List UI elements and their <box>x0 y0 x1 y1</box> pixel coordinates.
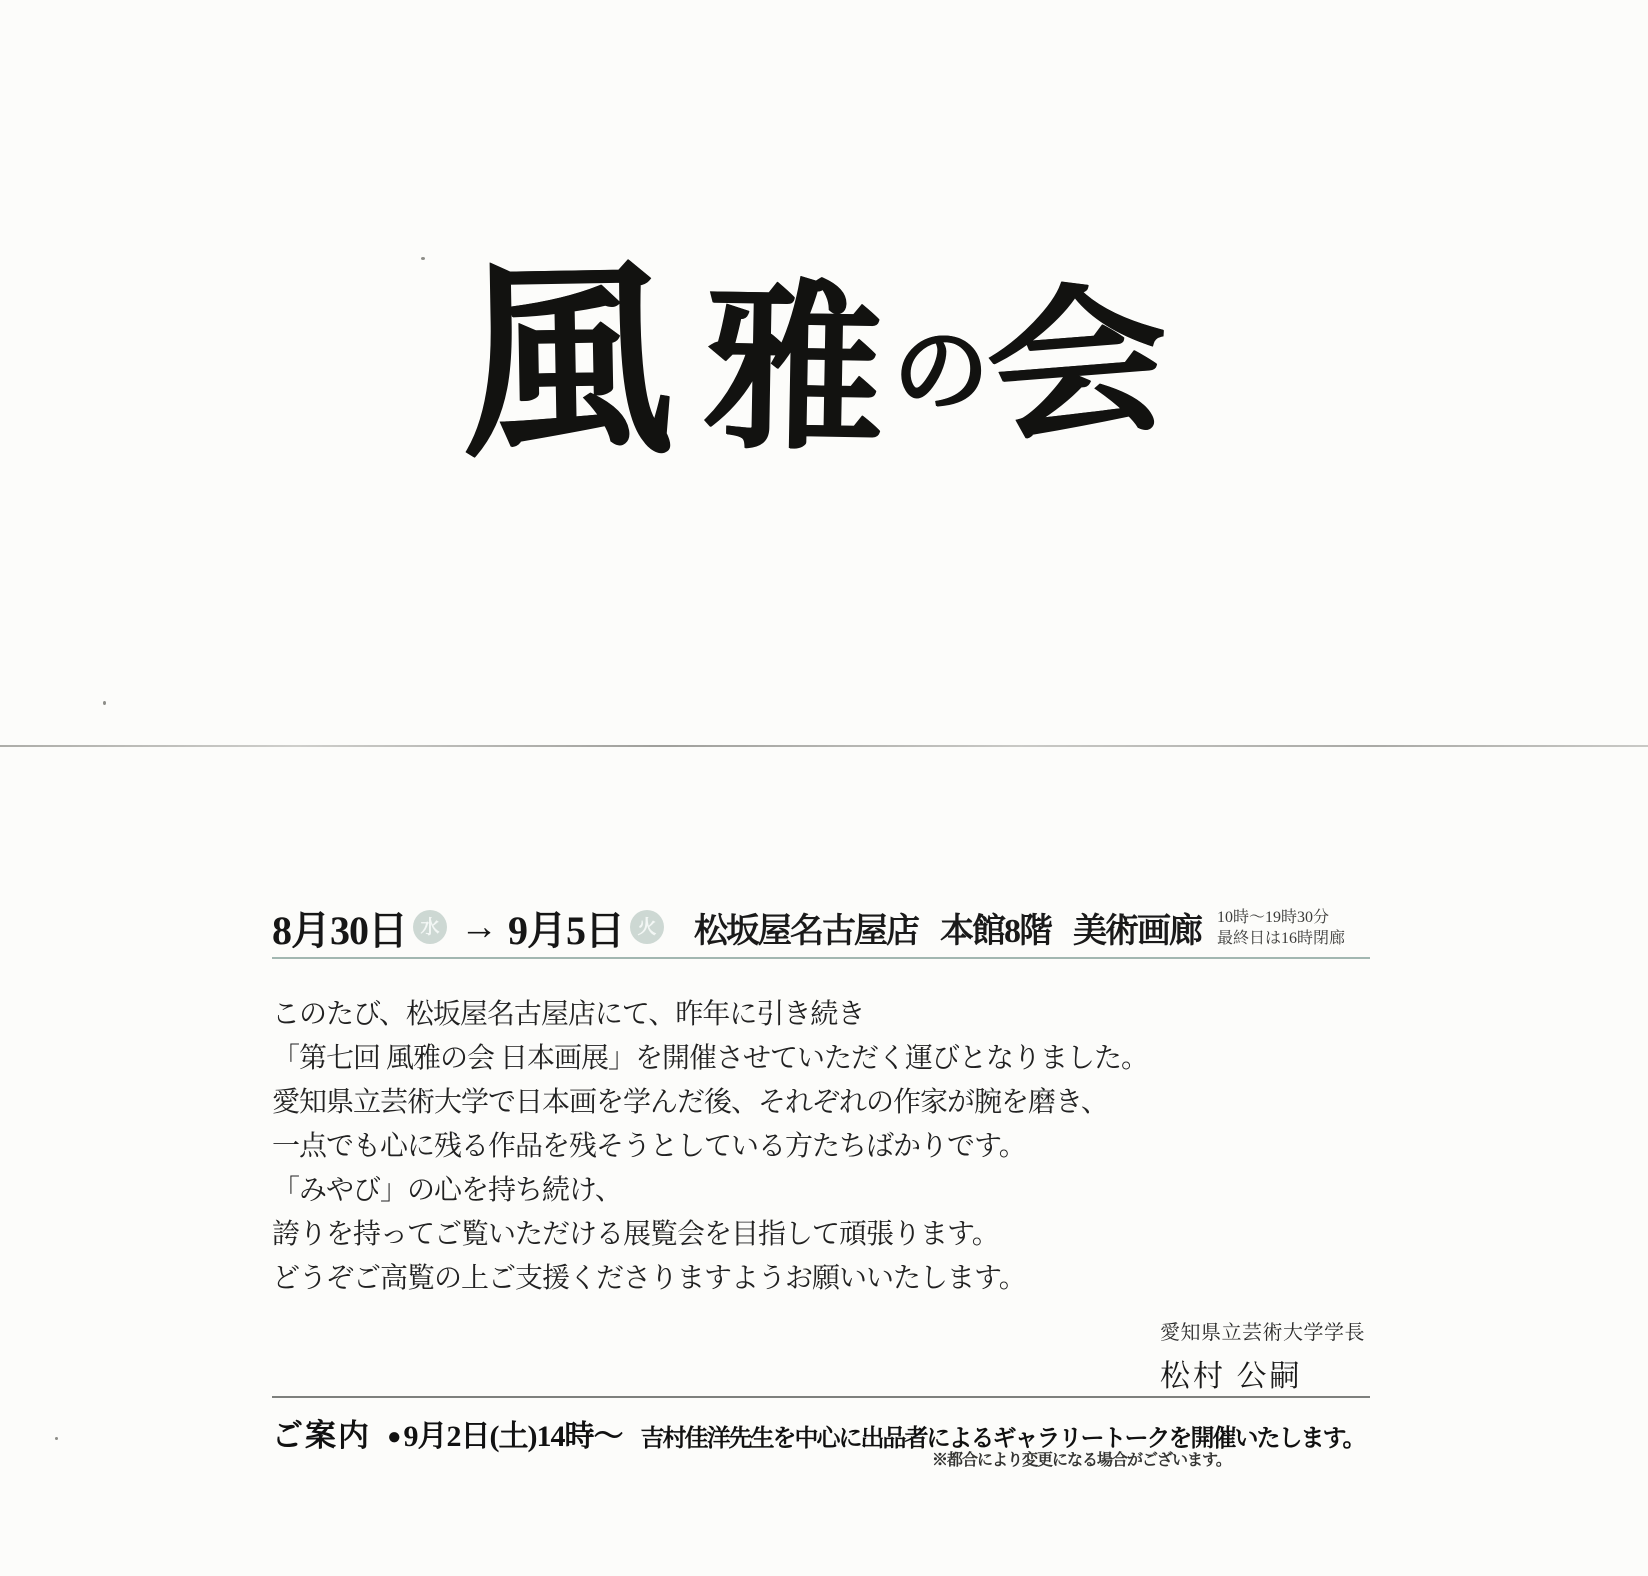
greeting-line: どうぞご高覧の上ご支援くださりますようお願いいたします。 <box>272 1257 1148 1301</box>
venue-store: 松坂屋名古屋店 <box>694 903 918 952</box>
title-calligraphy: 風 雅 の 会 <box>0 0 1648 520</box>
opening-hours: 10時～19時30分 最終日は16時閉廊 <box>1217 905 1345 949</box>
opening-hours-line1: 10時～19時30分 <box>1217 907 1345 928</box>
venue-gallery: 美術画廊 <box>1073 903 1201 952</box>
venue-floor: 本館8階 <box>940 903 1051 952</box>
weekday-badge-tuesday: 火 <box>630 910 664 944</box>
notice-disclaimer: ※都合により変更になる場合がございます。 <box>932 1447 1231 1470</box>
notice-top-rule <box>272 1396 1370 1398</box>
scan-speck <box>421 257 425 260</box>
scan-speck <box>55 1437 58 1440</box>
date-underline-rule <box>272 957 1370 959</box>
weekday-badge-wednesday: 水 <box>413 910 447 944</box>
signer-title: 愛知県立芸術大学学長 <box>1160 1316 1365 1345</box>
notice-label: ご案内 <box>272 1410 371 1455</box>
signature-block: 愛知県立芸術大学学長 松村 公嗣 <box>1160 1316 1365 1395</box>
greeting-line: 愛知県立芸術大学で日本画を学んだ後、それぞれの作家が腕を磨き、 <box>272 1081 1148 1125</box>
greeting-line: 「みやび」の心を持ち続け、 <box>272 1169 1148 1213</box>
card-fold-line <box>0 745 1648 747</box>
title-char-no: の <box>893 324 989 420</box>
scan-speck <box>103 701 106 705</box>
greeting-line: 「第七回 風雅の会 日本画展」を開催させていただく運びとなりました。 <box>272 1037 1148 1081</box>
greeting-line: 一点でも心に残る作品を残そうとしている方たちばかりです。 <box>272 1125 1148 1169</box>
signer-name: 松村 公嗣 <box>1160 1351 1365 1395</box>
event-date-venue-row: 8月30日 水 → 9月5日 火 松坂屋名古屋店 本館8階 美術画廊 10時～1… <box>272 898 1345 956</box>
greeting-line: 誇りを持ってご覧いただける展覧会を目指して頑張ります。 <box>272 1213 1148 1257</box>
start-date: 8月30日 <box>272 899 407 956</box>
title-char-fu: 風 <box>460 258 674 472</box>
weekday-badge-label: 水 <box>420 918 439 937</box>
arrow-right-icon: → <box>460 905 498 949</box>
notice-schedule: ●9月2日(土)14時～ <box>387 1411 622 1455</box>
title-char-ga: 雅 <box>702 279 885 462</box>
scanned-exhibition-invitation: 風 雅 の 会 8月30日 水 → 9月5日 火 松坂屋名古屋店 本館8階 美術… <box>0 0 1648 1576</box>
greeting-text: このたび、松坂屋名古屋店にて、昨年に引き続き 「第七回 風雅の会 日本画展」を開… <box>272 993 1148 1301</box>
end-date: 9月5日 <box>508 899 624 956</box>
bullet-icon: ● <box>387 1424 401 1450</box>
weekday-badge-label: 火 <box>637 918 656 937</box>
notice-schedule-text: 9月2日(土)14時～ <box>404 1420 623 1453</box>
greeting-line: このたび、松坂屋名古屋店にて、昨年に引き続き <box>272 993 1148 1037</box>
opening-hours-line2: 最終日は16時閉廊 <box>1217 928 1345 949</box>
title-char-kai: 会 <box>980 279 1177 455</box>
